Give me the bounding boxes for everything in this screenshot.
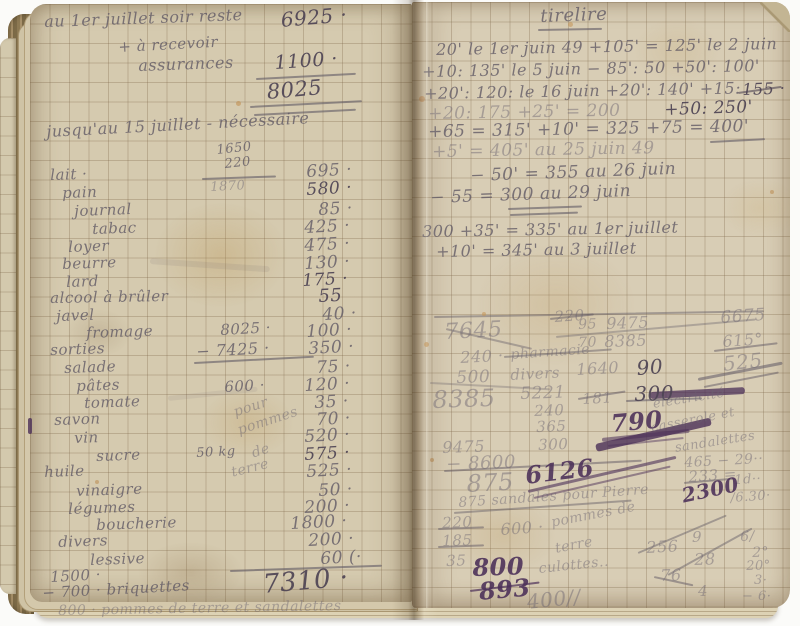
handwriting-line: pâtes <box>76 377 120 394</box>
handwriting-line: 20° <box>746 559 771 573</box>
handwriting-line: pommes de <box>550 500 637 530</box>
handwriting-line: 155 · <box>742 80 786 97</box>
handwriting-line: sucre <box>96 447 141 464</box>
handwriting-line: au 1er juillet soir reste <box>44 7 243 30</box>
handwriting-line: loyer <box>68 239 109 255</box>
handwriting-line: journal <box>74 202 132 219</box>
handwriting-line: boucherie <box>96 515 177 533</box>
handwriting-line: 20' le 1er juin 49 +105' = 125' le 2 jui… <box>436 36 777 58</box>
handwriting-line: − 6· <box>742 590 771 603</box>
handwriting-line: 7645 <box>444 319 503 344</box>
left-page-total: 7310 · <box>262 565 350 598</box>
handwriting-line: 580 · <box>306 180 353 199</box>
handwriting-line: 8025 · <box>220 320 271 338</box>
handwriting-line: huile <box>44 464 85 480</box>
handwriting-line: 300 +35' = 335' au 1er juillet <box>422 220 678 240</box>
handwriting-line: 240 · <box>460 348 504 366</box>
handwriting-line: + à recevoir <box>118 35 219 55</box>
handwriting-line: 76 <box>660 567 682 584</box>
handwriting-line: 600 · <box>224 378 265 395</box>
handwriting-line: 256 <box>646 538 679 556</box>
handwriting-line: 8025 <box>266 77 323 103</box>
handwriting-line: +5' = 405' au 25 juin 49 <box>432 140 655 161</box>
handwriting-line: savon <box>54 411 101 428</box>
handwriting-line: sorties <box>50 341 105 358</box>
notebook-photo: au 1er juillet soir reste6925 ·+ à recev… <box>0 0 800 626</box>
handwriting-line: javel <box>56 308 95 324</box>
handwriting-line: 220 <box>224 155 252 171</box>
handwriting-line: − 50' = 355 au 26 juin <box>470 161 676 185</box>
handwriting-line: divers <box>58 533 108 550</box>
handwriting-line: 9475 <box>606 315 649 332</box>
handwriting-line: 8385 <box>604 333 647 350</box>
handwriting-line: 4 <box>698 584 708 599</box>
handwriting-line: 6/ <box>740 529 755 544</box>
handwriting-line: 525 · <box>306 462 353 481</box>
handwriting-line: beurre <box>62 255 117 272</box>
handwriting-line: 800 · pommes de terre et sandalettes <box>58 599 342 618</box>
handwriting-line: 365 <box>536 419 567 435</box>
handwriting-line: 90 <box>636 356 664 378</box>
handwriting-line: 95 <box>578 317 597 332</box>
handwriting-line: 9 <box>692 530 702 545</box>
handwriting-line: 3· <box>754 574 767 587</box>
handwriting-line: assurances <box>138 55 234 74</box>
handwriting-line: 6925 · <box>280 4 348 30</box>
handwriting-line: 28 <box>694 551 716 568</box>
handwriting-line: tabac <box>92 220 137 237</box>
handwriting-line: 6126 <box>524 456 595 488</box>
handwriting-line: 50 kg <box>196 445 236 460</box>
page-title: tirelire <box>540 6 608 26</box>
handwriting-line: pain <box>62 185 98 201</box>
handwriting-line: +10' = 345' au 3 juillet <box>436 241 637 260</box>
handwriting-line: 615° <box>722 331 764 350</box>
handwriting-line: salade <box>64 359 116 376</box>
handwriting-line: 1870 <box>210 179 246 194</box>
handwriting-line: 35 <box>446 553 467 569</box>
handwriting-line: terre <box>554 535 594 556</box>
handwriting-line: alcool à brûler <box>50 289 169 306</box>
handwriting-line: +10: 135' le 5 juin − 85': 50 +50': 100' <box>422 58 760 80</box>
handwriting-line: 400// <box>526 586 582 612</box>
handwriting-line: 185 <box>442 533 473 549</box>
handwriting-line: culottes.. <box>538 555 609 576</box>
handwriting-line: divers <box>510 365 560 383</box>
handwriting-line: 1100 · <box>274 50 339 73</box>
handwriting-line: 893 <box>478 576 532 604</box>
handwriting-line: 350 · <box>308 339 355 358</box>
handwriting-line: jusqu'au 15 juillet - nécessaire <box>46 110 310 140</box>
handwriting-line: terre <box>230 457 270 480</box>
handwriting-layer: au 1er juillet soir reste6925 ·+ à recev… <box>0 0 800 626</box>
handwriting-line: /6.30· <box>730 489 771 505</box>
handwriting-line: vinaigre <box>76 482 143 499</box>
handwriting-line: 220 <box>442 515 473 531</box>
handwriting-line: − 55 = 300 au 29 juin <box>430 183 631 207</box>
handwriting-line: 300 <box>538 437 569 453</box>
handwriting-line: 8385 <box>432 386 496 412</box>
handwriting-line: 181 <box>582 390 613 407</box>
handwriting-line: +65 = 315' +10' = 325 +75 = 400' <box>428 118 749 141</box>
handwriting-line: vin <box>74 430 99 446</box>
handwriting-line: 1640 <box>576 360 619 378</box>
handwriting-line: 525 <box>722 350 764 374</box>
handwriting-line: − 7425 · <box>196 340 270 360</box>
handwriting-line: 600 · <box>500 519 544 538</box>
handwriting-line: lait · <box>50 167 88 183</box>
handwriting-line: 6675 <box>720 307 766 327</box>
handwriting-line: tomate <box>84 394 141 411</box>
